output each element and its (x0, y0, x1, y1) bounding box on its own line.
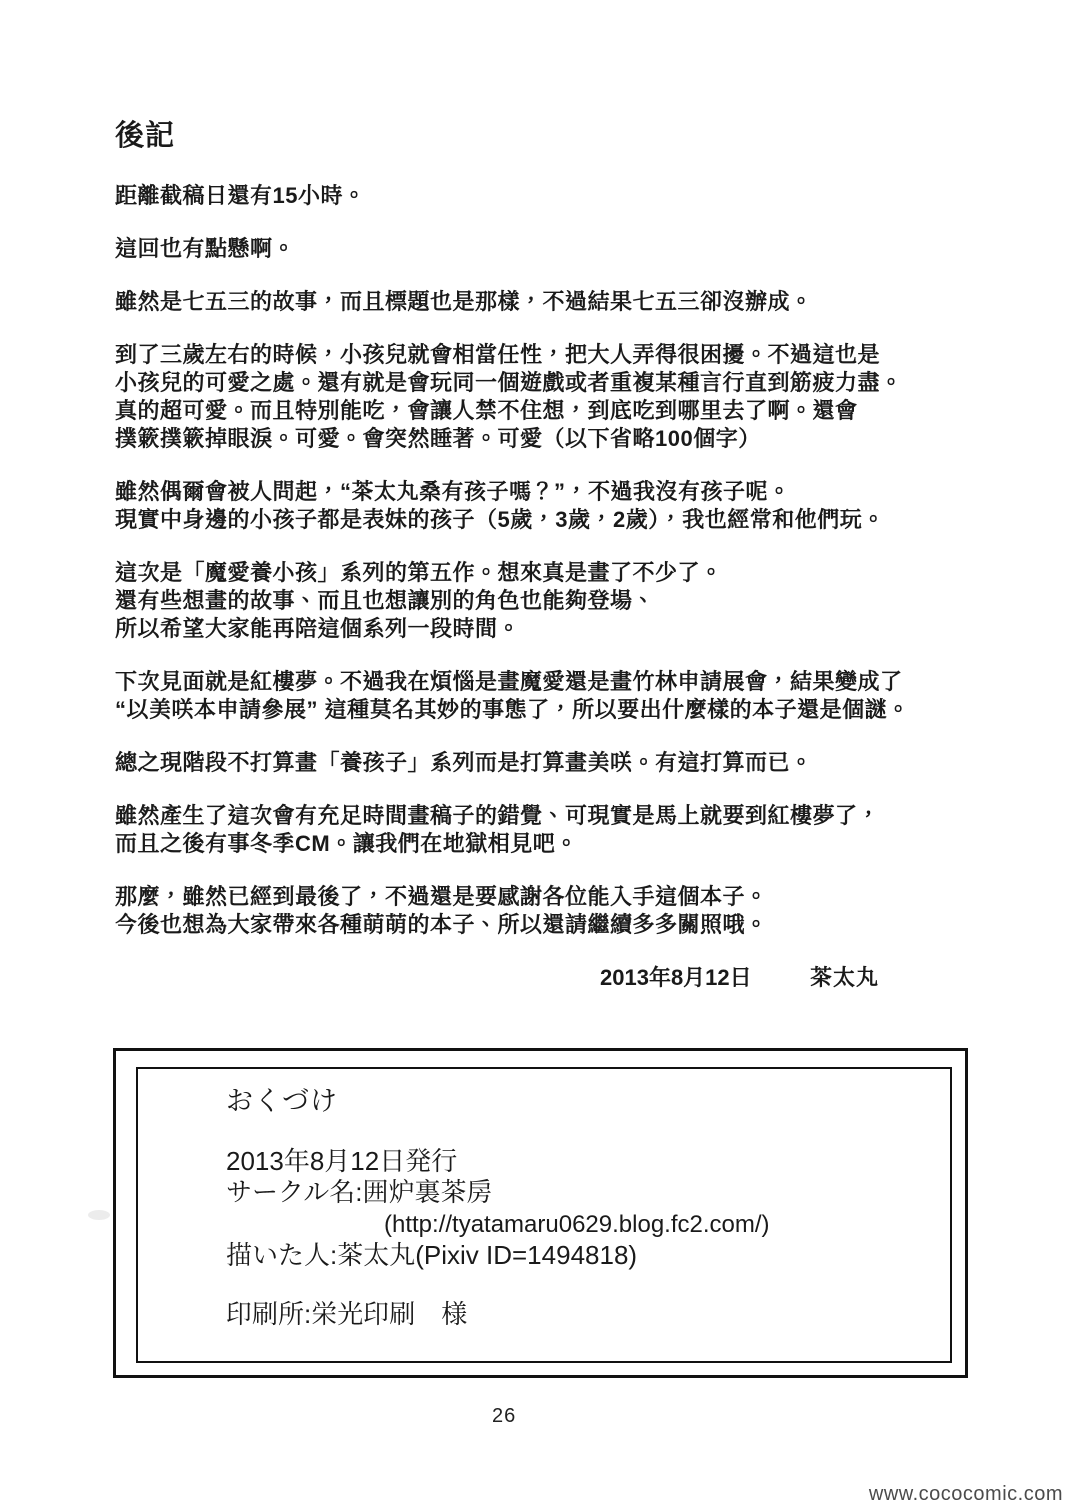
colophon-artist: 描いた人:茶太丸(Pixiv ID=1494818) (226, 1240, 940, 1271)
colophon-circle-name: サークル名:囲炉裏茶房 (226, 1177, 940, 1208)
afterword-paragraph: 雖然產生了這次會有充足時間畫稿子的錯覺、可現實是馬上就要到紅樓夢了，而且之後有事… (115, 802, 960, 858)
afterword-section: 後記 距離截稿日還有15小時。 這回也有點懸啊。 雖然是七五三的故事，而且標題也… (115, 118, 960, 992)
scanned-page: 後記 距離截稿日還有15小時。 這回也有點懸啊。 雖然是七五三的故事，而且標題也… (0, 0, 1071, 1511)
colophon-inner-box: おくづけ 2013年8月12日発行 サークル名:囲炉裏茶房 (http://ty… (136, 1067, 952, 1363)
afterword-paragraph: 這次是「魔愛養小孩」系列的第五作。想來真是畫了不少了。還有些想畫的故事、而且也想… (115, 559, 960, 643)
page-number: 26 (492, 1405, 516, 1428)
afterword-paragraph: 雖然是七五三的故事，而且標題也是那樣，不過結果七五三卻沒辦成。 (115, 288, 960, 316)
colophon-title: おくづけ (226, 1084, 940, 1118)
colophon-blog-url: (http://tyatamaru0629.blog.fc2.com/) (226, 1210, 940, 1240)
afterword-paragraph: 總之現階段不打算畫「養孩子」系列而是打算畫美咲。有這打算而已。 (115, 749, 960, 777)
scan-artifact (88, 1210, 110, 1220)
afterword-paragraph: 那麼，雖然已經到最後了，不過還是要感謝各位能入手這個本子。今後也想為大家帶來各種… (115, 883, 960, 939)
colophon-publish-date: 2013年8月12日発行 (226, 1146, 940, 1177)
afterword-paragraph: 到了三歲左右的時候，小孩兒就會相當任性，把大人弄得很困擾。不過這也是小孩兒的可愛… (115, 341, 960, 453)
afterword-paragraph: 下次見面就是紅樓夢。不過我在煩惱是畫魔愛還是畫竹林申請展會，結果變成了“以美咲本… (115, 668, 960, 724)
signoff-line: 2013年8月12日 茶太丸 (115, 964, 960, 992)
afterword-title: 後記 (115, 118, 960, 154)
afterword-paragraph: 雖然偶爾會被人問起，“茶太丸桑有孩子嗎？”，不過我沒有孩子呢。現實中身邊的小孩子… (115, 478, 960, 534)
afterword-paragraph: 距離截稿日還有15小時。 (115, 182, 960, 210)
watermark: www.cococomic.com (869, 1483, 1063, 1506)
colophon-box: おくづけ 2013年8月12日発行 サークル名:囲炉裏茶房 (http://ty… (113, 1048, 968, 1378)
afterword-paragraph: 這回也有點懸啊。 (115, 235, 960, 263)
signoff-date: 2013年8月12日 (600, 964, 752, 992)
signoff-author: 茶太丸 (810, 964, 879, 992)
colophon-printer: 印刷所:栄光印刷 様 (226, 1299, 940, 1330)
